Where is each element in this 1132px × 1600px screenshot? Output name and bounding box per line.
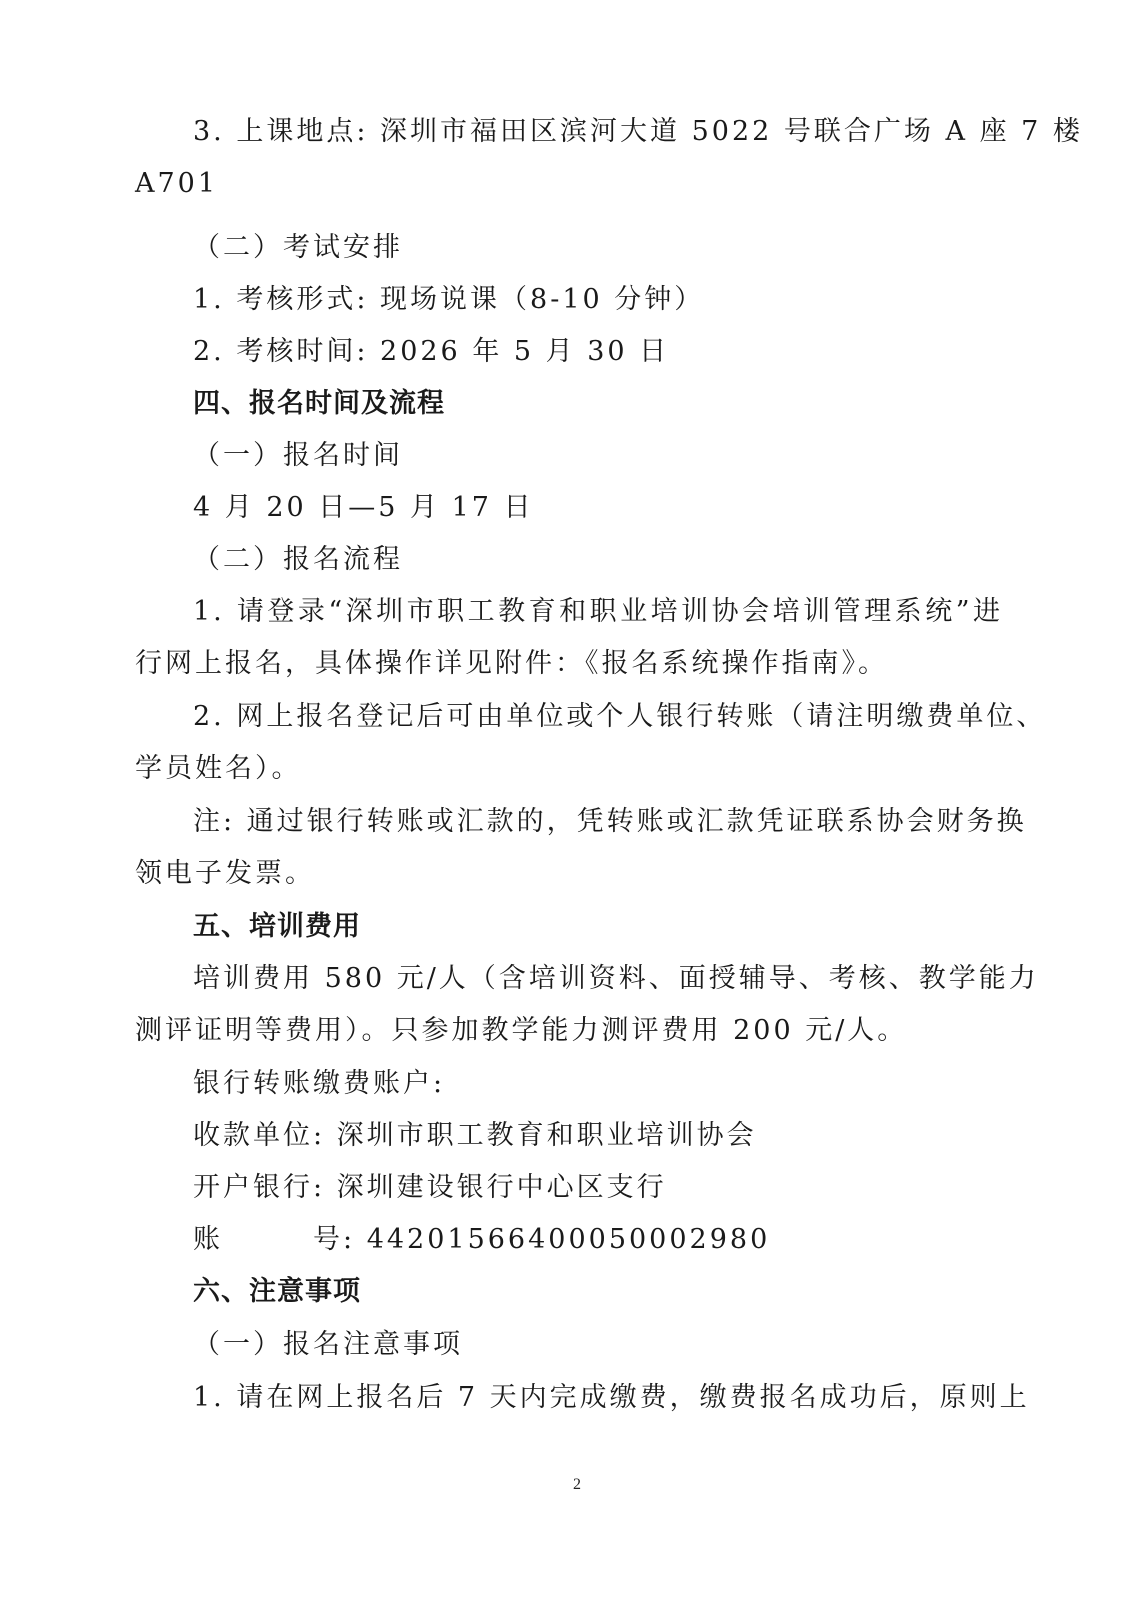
registration-period: 4 月 20 日—5 月 17 日	[193, 488, 534, 528]
section-heading-notes: 六、注意事项	[193, 1272, 361, 1312]
process-step-1-line1: 1. 请登录“深圳市职工教育和职业培训协会培训管理系统”进	[193, 592, 1003, 632]
exam-format-line: 1. 考核形式: 现场说课（8-10 分钟）	[193, 280, 704, 320]
class-location-line: 3. 上课地点: 深圳市福田区滨河大道 5022 号联合广场 A 座 7 楼	[193, 112, 1003, 152]
class-location-room: A701	[135, 164, 218, 204]
registration-note-1: 1. 请在网上报名后 7 天内完成缴费，缴费报名成功后，原则上	[193, 1378, 1003, 1418]
payee-line: 收款单位: 深圳市职工教育和职业培训协会	[193, 1116, 757, 1156]
account-number: 44201566400050002980	[367, 1224, 771, 1255]
process-step-2-line1: 2. 网上报名登记后可由单位或个人银行转账（请注明缴费单位、	[193, 697, 1003, 737]
account-label: 账号	[193, 1220, 343, 1260]
page-number: 2	[566, 1476, 588, 1494]
bank-line: 开户银行: 深圳建设银行中心区支行	[193, 1168, 667, 1208]
invoice-note-line1: 注: 通过银行转账或汇款的，凭转账或汇款凭证联系协会财务换	[193, 802, 1003, 842]
account-colon: :	[343, 1224, 367, 1255]
subsection-registration-time: （一）报名时间	[193, 436, 403, 476]
process-step-1-line2: 行网上报名，具体操作详见附件：《报名系统操作指南》。	[135, 644, 888, 684]
account-number-line: 账号: 44201566400050002980	[193, 1220, 770, 1260]
process-step-2-line2: 学员姓名）。	[135, 749, 302, 789]
fee-description-line2: 测评证明等费用）。只参加教学能力测评费用 200 元/人。	[135, 1011, 907, 1051]
section-heading-fees: 五、培训费用	[193, 907, 361, 947]
invoice-note-line2: 领电子发票。	[135, 854, 315, 894]
bank-transfer-label: 银行转账缴费账户:	[193, 1064, 445, 1104]
exam-date-line: 2. 考核时间: 2026 年 5 月 30 日	[193, 332, 669, 372]
subsection-exam-arrangement: （二）考试安排	[193, 228, 403, 268]
section-heading-registration: 四、报名时间及流程	[193, 384, 445, 424]
subsection-registration-notes: （一）报名注意事项	[193, 1325, 463, 1365]
fee-description-line1: 培训费用 580 元/人（含培训资料、面授辅导、考核、教学能力	[193, 959, 1003, 999]
subsection-registration-process: （二）报名流程	[193, 540, 403, 580]
